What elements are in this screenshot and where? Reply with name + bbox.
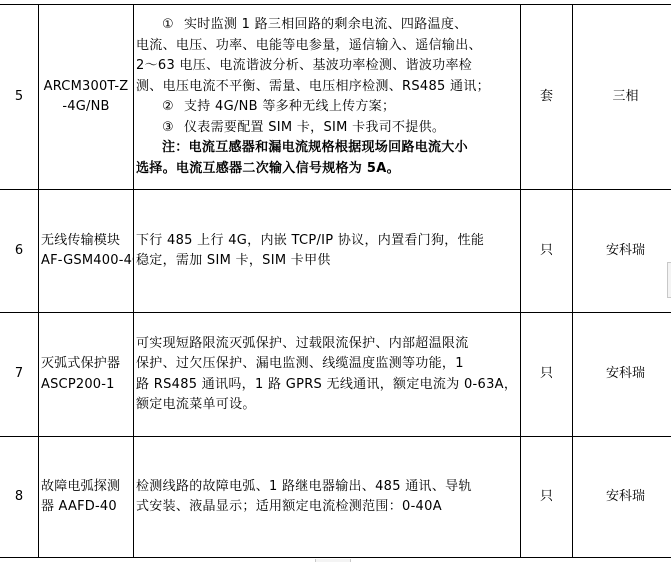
description-line: 可实现短路限流灭弧保护、过载限流保护、内部超温限流 bbox=[136, 334, 518, 355]
table-row: 8 故障电弧探测 器 AAFD-40 检测线路的故障电弧、1 路继电器输出、48… bbox=[0, 437, 671, 558]
product-model: 故障电弧探测 器 AAFD-40 bbox=[39, 437, 134, 558]
unit: 只 bbox=[521, 437, 573, 558]
unit: 只 bbox=[521, 190, 573, 313]
description-line: 额定电流菜单可设。 bbox=[136, 395, 518, 416]
table-row: 7 灭弧式保护器 ASCP200-1 可实现短路限流灭弧保护、过载限流保护、内部… bbox=[0, 313, 671, 437]
description-line: ②支持 4G/NB 等多种无线上传方案； bbox=[136, 97, 518, 118]
row-number: 8 bbox=[0, 437, 39, 558]
product-model-line: AF-GSM400-4G bbox=[41, 251, 131, 272]
product-spec-table: 5 ARCM300T-Z -4G/NB ①实时监测 1 路三相回路的剩余电流、四… bbox=[0, 4, 671, 558]
brand: 安科瑞 bbox=[573, 313, 671, 437]
description-line: 下行 485 上行 4G，内嵌 TCP/IP 协议，内置看门狗，性能 bbox=[136, 231, 518, 252]
circled-number-3-icon: ③ bbox=[162, 118, 184, 139]
description-line: 保护、过欠压保护、漏电监测、线缆温度监测等功能，1 bbox=[136, 354, 518, 375]
description-line: 检测线路的故障电弧、1 路继电器输出、485 通讯、导轨 bbox=[136, 477, 518, 498]
product-description: 检测线路的故障电弧、1 路继电器输出、485 通讯、导轨 式安装、液晶显示；适用… bbox=[134, 437, 521, 558]
vertical-scroll-handle[interactable] bbox=[667, 262, 671, 298]
product-model-line: ASCP200-1 bbox=[41, 375, 131, 396]
row-number: 5 bbox=[0, 5, 39, 190]
description-line: 路 RS485 通讯吗，1 路 GPRS 无线通讯，额定电流为 0-63A， bbox=[136, 375, 518, 396]
brand: 三相 bbox=[573, 5, 671, 190]
circled-number-2-icon: ② bbox=[162, 97, 184, 118]
product-model: ARCM300T-Z -4G/NB bbox=[39, 5, 134, 190]
product-model-line: 故障电弧探测 bbox=[41, 477, 131, 498]
product-model: 无线传输模块 AF-GSM400-4G bbox=[39, 190, 134, 313]
description-line: 测、电压电流不平衡、需量、电压相序检测、RS485 通讯； bbox=[136, 77, 518, 98]
product-description: 下行 485 上行 4G，内嵌 TCP/IP 协议，内置看门狗，性能 稳定，需加… bbox=[134, 190, 521, 313]
table-row: 6 无线传输模块 AF-GSM400-4G 下行 485 上行 4G，内嵌 TC… bbox=[0, 190, 671, 313]
product-model-line: ARCM300T-Z bbox=[41, 77, 131, 98]
product-model-line: -4G/NB bbox=[41, 97, 131, 118]
table-row: 5 ARCM300T-Z -4G/NB ①实时监测 1 路三相回路的剩余电流、四… bbox=[0, 5, 671, 190]
product-model-line: 器 AAFD-40 bbox=[41, 497, 131, 518]
unit: 只 bbox=[521, 313, 573, 437]
product-model: 灭弧式保护器 ASCP200-1 bbox=[39, 313, 134, 437]
description-line: 式安装、液晶显示；适用额定电流检测范围：0-40A bbox=[136, 497, 518, 518]
description-line: 2～63 电压、电流谐波分析、基波功率检测、谐波功率检 bbox=[136, 56, 518, 77]
note-line: 选择。电流互感器二次输入信号规格为 5A。 bbox=[136, 159, 518, 180]
description-line: ①实时监测 1 路三相回路的剩余电流、四路温度、 bbox=[136, 15, 518, 36]
description-line: 电流、电压、功率、电能等电参量，遥信输入、遥信输出、 bbox=[136, 36, 518, 57]
row-number: 6 bbox=[0, 190, 39, 313]
circled-number-1-icon: ① bbox=[162, 15, 184, 36]
brand: 安科瑞 bbox=[573, 437, 671, 558]
note-line: 注：电流互感器和漏电流规格根据现场回路电流大小 bbox=[136, 138, 518, 159]
product-description: 可实现短路限流灭弧保护、过载限流保护、内部超温限流 保护、过欠压保护、漏电监测、… bbox=[134, 313, 521, 437]
brand: 安科瑞 bbox=[573, 190, 671, 313]
row-number: 7 bbox=[0, 313, 39, 437]
description-line: ③仪表需要配置 SIM 卡，SIM 卡我司不提供。 bbox=[136, 118, 518, 139]
product-description: ①实时监测 1 路三相回路的剩余电流、四路温度、 电流、电压、功率、电能等电参量… bbox=[134, 5, 521, 190]
product-model-line: 无线传输模块 bbox=[41, 231, 131, 252]
description-line: 稳定，需加 SIM 卡，SIM 卡甲供 bbox=[136, 251, 518, 272]
unit: 套 bbox=[521, 5, 573, 190]
product-model-line: 灭弧式保护器 bbox=[41, 354, 131, 375]
